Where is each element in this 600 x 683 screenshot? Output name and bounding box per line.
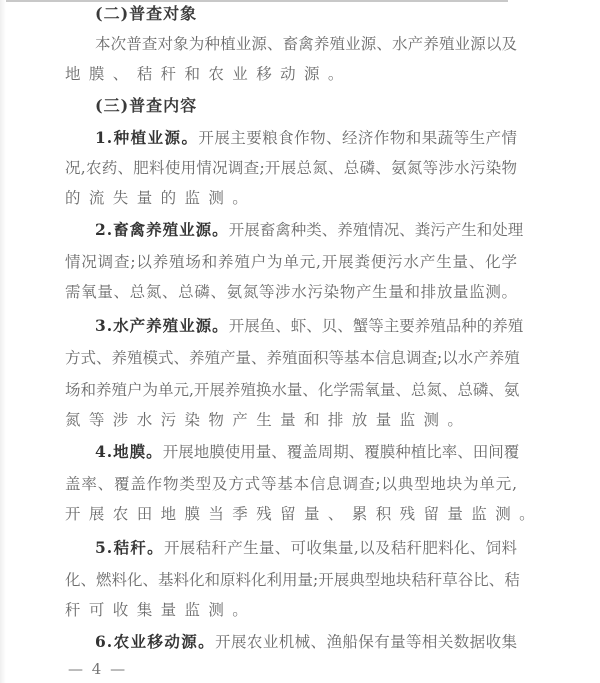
top-border-line <box>0 0 508 2</box>
item-5-line-3: 秆可收集量监测。 <box>65 596 517 624</box>
item-5-text: 开展秸秆产生量、可收集量,以及秸秆肥料化、饲料 <box>164 539 517 557</box>
item-6-text: 开展农业机械、渔船保有量等相关数据收集 <box>215 633 517 651</box>
scan-edge-shadow <box>0 0 6 683</box>
paragraph-line: 地膜、秸秆和农业移动源。 <box>65 60 517 88</box>
item-2-lead: 2.畜禽养殖业源。 <box>95 220 229 239</box>
item-4-line-2: 盖率、覆盖作物类型及方式等基本信息调查;以典型地块为单元, <box>65 470 517 498</box>
item-4-lead: 4.地膜。 <box>95 442 163 461</box>
item-2-line-3: 需氧量、总氮、总磷、氨氮等涉水污染物产生量和排放量监测。 <box>65 278 517 306</box>
item-3-text: 开展鱼、虾、贝、蟹等主要养殖品种的养殖 <box>229 317 524 335</box>
item-5-lead: 5.秸秆。 <box>95 538 164 557</box>
item-4-line-1: 4.地膜。开展地膜使用量、覆盖周期、覆膜种植比率、田间覆 <box>95 438 517 466</box>
page-number: — 4 — <box>68 658 127 680</box>
item-2-text: 开展畜禽种类、养殖情况、粪污产生和处理 <box>229 221 524 239</box>
item-3-line-3: 场和养殖户为单元,开展养殖换水量、化学需氧量、总氮、总磷、氨 <box>65 376 517 404</box>
paragraph-line: 本次普查对象为种植业源、畜禽养殖业源、水产养殖业源以及 <box>95 30 517 58</box>
item-1-line-2: 况,农药、肥料使用情况调查;开展总氮、总磷、氨氮等涉水污染物 <box>65 154 517 182</box>
item-2-line-2: 情况调查;以养殖场和养殖户为单元,开展粪便污水产生量、化学 <box>65 248 517 276</box>
document-page: (二)普查对象 本次普查对象为种植业源、畜禽养殖业源、水产养殖业源以及 地膜、秸… <box>0 0 600 683</box>
item-1-lead: 1.种植业源。 <box>95 128 198 147</box>
item-3-line-4: 氮等涉水污染物产生量和排放量监测。 <box>65 406 517 434</box>
item-3-line-2: 方式、养殖模式、养殖产量、养殖面积等基本信息调查;以水产养殖 <box>65 344 517 372</box>
item-5-line-1: 5.秸秆。开展秸秆产生量、可收集量,以及秸秆肥料化、饲料 <box>95 534 517 562</box>
section-heading-survey-content: (三)普查内容 <box>95 92 197 120</box>
item-2-line-1: 2.畜禽养殖业源。开展畜禽种类、养殖情况、粪污产生和处理 <box>95 216 517 244</box>
item-1-line-3: 的流失量的监测。 <box>65 184 517 212</box>
section-heading-survey-objects: (二)普查对象 <box>95 0 197 28</box>
item-1-text: 开展主要粮食作物、经济作物和果蔬等生产情 <box>198 129 517 147</box>
item-5-line-2: 化、燃料化、基料化和原料化利用量;开展典型地块秸秆草谷比、秸 <box>65 566 517 594</box>
item-3-line-1: 3.水产养殖业源。开展鱼、虾、贝、蟹等主要养殖品种的养殖 <box>95 312 517 340</box>
item-4-line-3: 开展农田地膜当季残留量、累积残留量监测。 <box>65 500 517 528</box>
item-4-text: 开展地膜使用量、覆盖周期、覆膜种植比率、田间覆 <box>163 443 520 461</box>
item-3-lead: 3.水产养殖业源。 <box>95 316 229 335</box>
item-1-line-1: 1.种植业源。开展主要粮食作物、经济作物和果蔬等生产情 <box>95 124 517 152</box>
item-6-line-1: 6.农业移动源。开展农业机械、渔船保有量等相关数据收集 <box>95 628 517 656</box>
item-6-lead: 6.农业移动源。 <box>95 632 215 651</box>
